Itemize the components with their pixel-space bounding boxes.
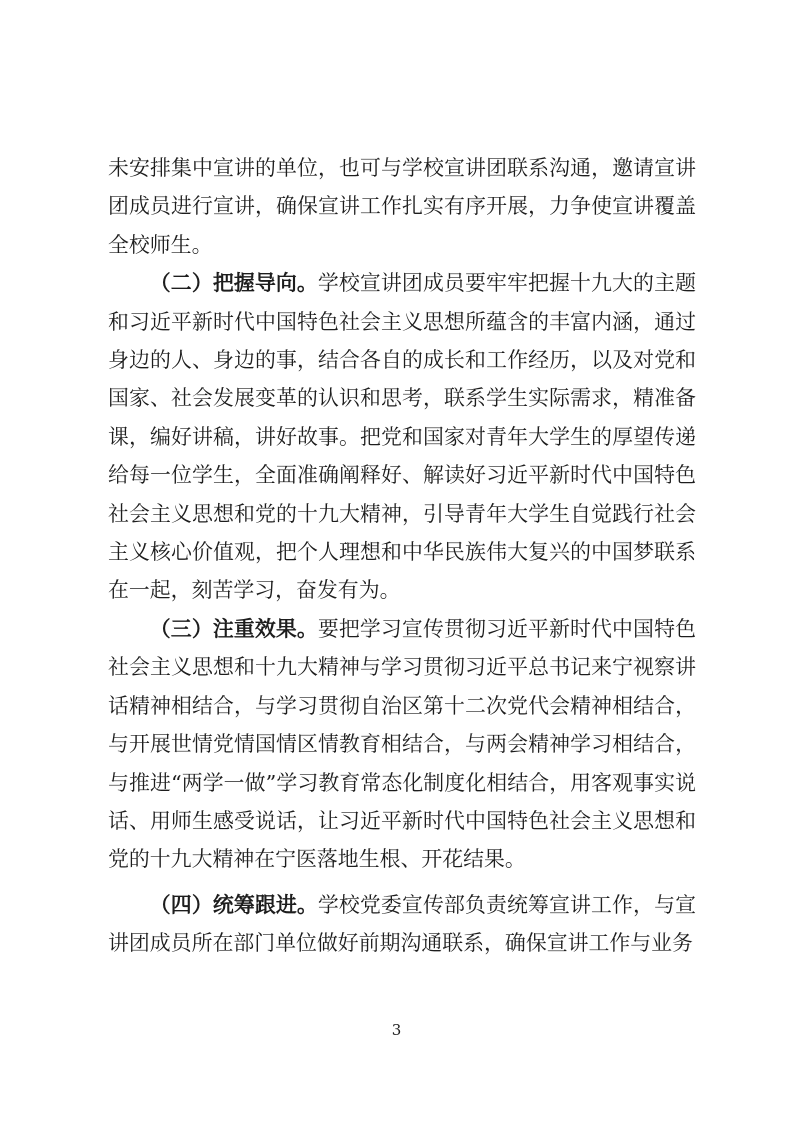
paragraph: 未安排集中宣讲的单位，也可与学校宣讲团联系沟通，邀请宣讲团成员进行宣讲，确保宣讲… xyxy=(108,149,696,264)
paragraph: （四）统筹跟进。学校党委宣传部负责统筹宣讲工作，与宣讲团成员所在部门单位做好前期… xyxy=(108,886,696,963)
paragraph-heading: （三）注重效果。 xyxy=(150,616,318,641)
paragraph-heading: （二）把握导向。 xyxy=(150,270,318,295)
paragraph-text: 学校宣讲团成员要牢牢把握十九大的主题和习近平新时代中国特色社会主义思想所蕴含的丰… xyxy=(108,271,696,602)
paragraph: （二）把握导向。学校宣讲团成员要牢牢把握十九大的主题和习近平新时代中国特色社会主… xyxy=(108,264,696,610)
paragraph-text: 要把学习宣传贯彻习近平新时代中国特色社会主义思想和十九大精神与学习贯彻习近平总书… xyxy=(108,617,696,871)
paragraph-heading: （四）统筹跟进。 xyxy=(150,892,318,917)
document-page: 未安排集中宣讲的单位，也可与学校宣讲团联系沟通，邀请宣讲团成员进行宣讲，确保宣讲… xyxy=(0,0,793,1122)
paragraph: （三）注重效果。要把学习宣传贯彻习近平新时代中国特色社会主义思想和十九大精神与学… xyxy=(108,610,696,879)
paragraph-text: 未安排集中宣讲的单位，也可与学校宣讲团联系沟通，邀请宣讲团成员进行宣讲，确保宣讲… xyxy=(108,156,696,257)
page-number: 3 xyxy=(0,1021,793,1039)
text-block: 未安排集中宣讲的单位，也可与学校宣讲团联系沟通，邀请宣讲团成员进行宣讲，确保宣讲… xyxy=(108,149,696,963)
